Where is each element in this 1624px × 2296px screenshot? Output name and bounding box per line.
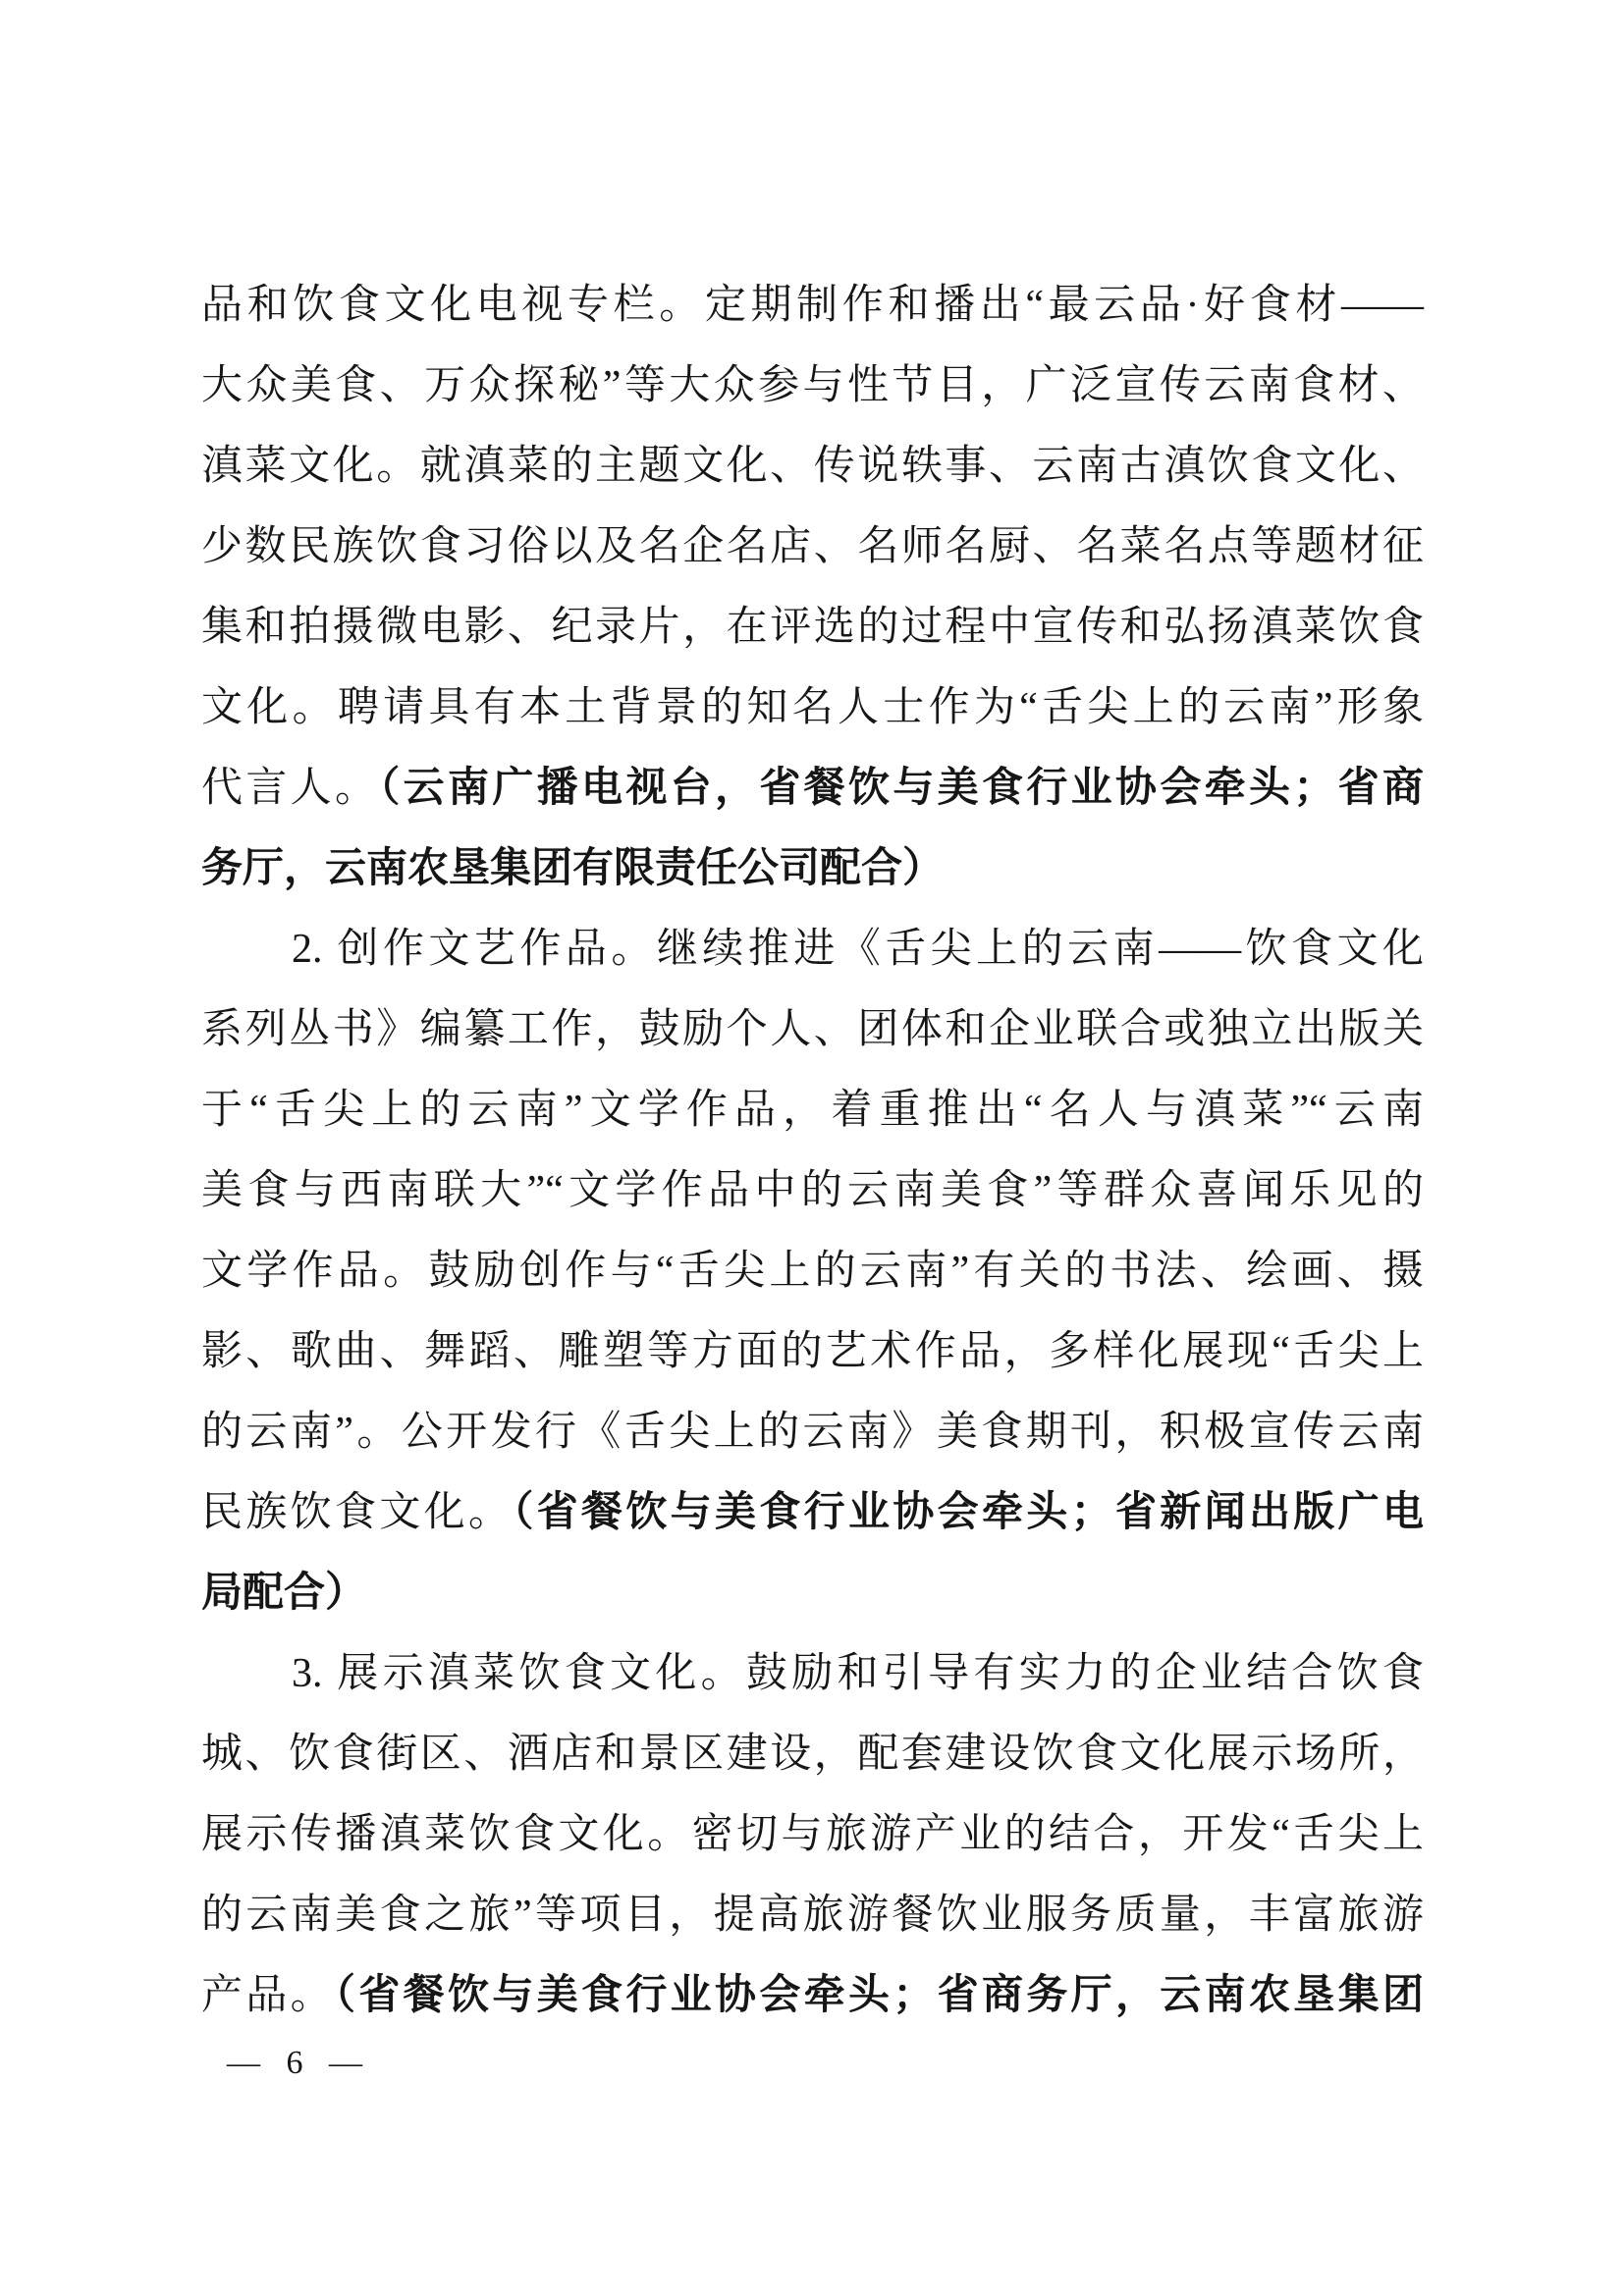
- body-text: 影、歌曲、舞蹈、雕塑等方面的艺术作品，多样化展现“舌尖上: [201, 1329, 1424, 1374]
- text-line: 2. 创作文艺作品。继续推进《舌尖上的云南——饮食文化: [201, 909, 1424, 989]
- text-line: 城、饮食街区、酒店和景区建设，配套建设饮食文化展示场所，: [201, 1714, 1424, 1794]
- body-text: 城、饮食街区、酒店和景区建设，配套建设饮食文化展示场所，: [201, 1732, 1424, 1777]
- text-line: 产品。（省餐饮与美食行业协会牵头；省商务厅，云南农垦集团: [201, 1955, 1424, 2036]
- body-text: 展示传播滇菜饮食文化。密切与旅游产业的结合，开发“舌尖上: [201, 1812, 1424, 1857]
- text-line: 的云南美食之旅”等项目，提高旅游餐饮业服务质量，丰富旅游: [201, 1875, 1424, 1955]
- body-text: 文化。聘请具有本土背景的知名人士作为“舌尖上的云南”形象: [201, 685, 1424, 730]
- text-line: 品和饮食文化电视专栏。定期制作和播出“最云品·好食材——: [201, 265, 1424, 346]
- document-page: 品和饮食文化电视专栏。定期制作和播出“最云品·好食材——大众美食、万众探秘”等大…: [0, 0, 1624, 2296]
- responsible-unit-text: 务厅，云南农垦集团有限责任公司配合）: [201, 846, 944, 891]
- text-line: 影、歌曲、舞蹈、雕塑等方面的艺术作品，多样化展现“舌尖上: [201, 1311, 1424, 1392]
- body-text: 于“舌尖上的云南”文学作品，着重推出“名人与滇菜”“云南: [201, 1088, 1424, 1133]
- text-line: 的云南”。公开发行《舌尖上的云南》美食期刊，积极宣传云南: [201, 1392, 1424, 1472]
- body-text: 美食与西南联大”“文学作品中的云南美食”等群众喜闻乐见的: [201, 1168, 1424, 1213]
- text-line: 于“舌尖上的云南”文学作品，着重推出“名人与滇菜”“云南: [201, 1070, 1424, 1150]
- page-footer: — 6 —: [227, 2042, 371, 2085]
- text-line: 展示传播滇菜饮食文化。密切与旅游产业的结合，开发“舌尖上: [201, 1794, 1424, 1875]
- body-text: 3. 展示滇菜饮食文化。鼓励和引导有实力的企业结合饮食: [292, 1651, 1424, 1696]
- text-line: 代言人。（云南广播电视台，省餐饮与美食行业协会牵头；省商: [201, 748, 1424, 828]
- text-line: 美食与西南联大”“文学作品中的云南美食”等群众喜闻乐见的: [201, 1150, 1424, 1231]
- body-text: 品和饮食文化电视专栏。定期制作和播出“最云品·好食材——: [201, 283, 1424, 328]
- body-text: 代言人。: [201, 766, 379, 811]
- text-line: 务厅，云南农垦集团有限责任公司配合）: [201, 828, 1424, 909]
- body-text: 大众美食、万众探秘”等大众参与性节目，广泛宣传云南食材、: [201, 363, 1424, 408]
- text-line: 民族饮食文化。（省餐饮与美食行业协会牵头；省新闻出版广电: [201, 1472, 1424, 1553]
- body-text: 的云南”。公开发行《舌尖上的云南》美食期刊，积极宣传云南: [201, 1410, 1424, 1455]
- text-line: 系列丛书》编纂工作，鼓励个人、团体和企业联合或独立出版关: [201, 989, 1424, 1070]
- body-text: 少数民族饮食习俗以及名企名店、名师名厨、名菜名点等题材征: [201, 524, 1424, 569]
- body-text: 文学作品。鼓励创作与“舌尖上的云南”有关的书法、绘画、摄: [201, 1249, 1424, 1294]
- page-number: — 6 —: [227, 2045, 371, 2081]
- text-line: 滇菜文化。就滇菜的主题文化、传说轶事、云南古滇饮食文化、: [201, 426, 1424, 507]
- body-text: 滇菜文化。就滇菜的主题文化、传说轶事、云南古滇饮食文化、: [201, 444, 1424, 489]
- body-text: 系列丛书》编纂工作，鼓励个人、团体和企业联合或独立出版关: [201, 1007, 1424, 1052]
- body-text: 民族饮食文化。: [201, 1490, 513, 1535]
- body-text: 2. 创作文艺作品。继续推进《舌尖上的云南——饮食文化: [292, 927, 1424, 972]
- text-line: 局配合）: [201, 1553, 1424, 1633]
- text-line: 3. 展示滇菜饮食文化。鼓励和引导有实力的企业结合饮食: [201, 1633, 1424, 1714]
- text-line: 少数民族饮食习俗以及名企名店、名师名厨、名菜名点等题材征: [201, 507, 1424, 587]
- text-line: 文化。聘请具有本土背景的知名人士作为“舌尖上的云南”形象: [201, 667, 1424, 748]
- responsible-unit-text: （云南广播电视台，省餐饮与美食行业协会牵头；省商: [379, 766, 1424, 811]
- responsible-unit-text: （省餐饮与美食行业协会牵头；省商务厅，云南农垦集团: [335, 1973, 1424, 2018]
- body-text: 集和拍摄微电影、纪录片，在评选的过程中宣传和弘扬滇菜饮食: [201, 605, 1424, 650]
- responsible-unit-text: 局配合）: [201, 1571, 366, 1616]
- responsible-unit-text: （省餐饮与美食行业协会牵头；省新闻出版广电: [513, 1490, 1424, 1535]
- text-line: 文学作品。鼓励创作与“舌尖上的云南”有关的书法、绘画、摄: [201, 1231, 1424, 1311]
- body-text: 产品。: [201, 1973, 335, 2018]
- body-text: 的云南美食之旅”等项目，提高旅游餐饮业服务质量，丰富旅游: [201, 1893, 1424, 1938]
- text-line: 大众美食、万众探秘”等大众参与性节目，广泛宣传云南食材、: [201, 346, 1424, 426]
- document-body: 品和饮食文化电视专栏。定期制作和播出“最云品·好食材——大众美食、万众探秘”等大…: [201, 265, 1424, 2036]
- text-line: 集和拍摄微电影、纪录片，在评选的过程中宣传和弘扬滇菜饮食: [201, 587, 1424, 667]
